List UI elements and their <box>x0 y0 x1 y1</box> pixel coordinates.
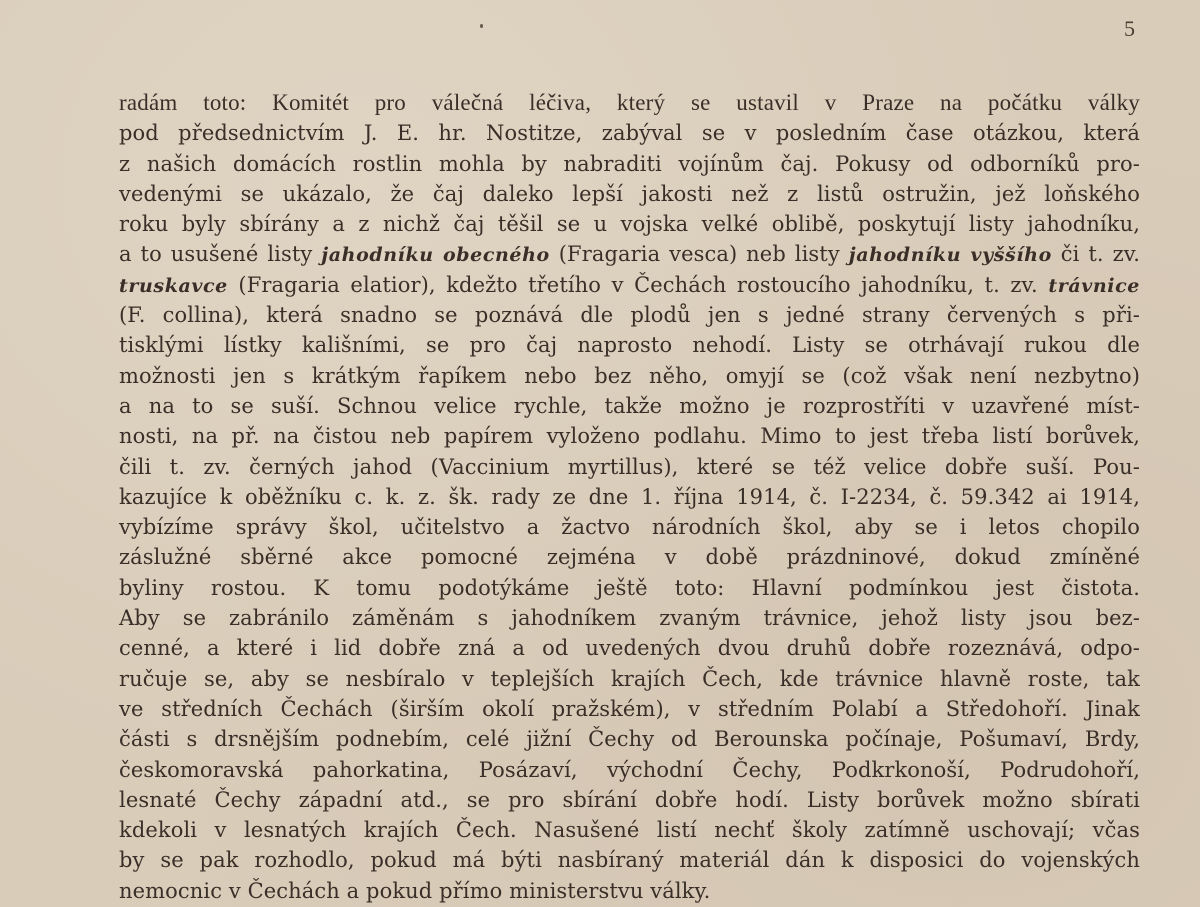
text-line-9: tisklými lístky kališními, se pro čaj na… <box>119 330 1140 360</box>
italic-term: truskavce <box>119 275 228 297</box>
text-span: (Fragaria vesca) neb listy <box>550 242 849 266</box>
text-line-18: Aby se zabránilo záměnám s jahodníkem zv… <box>119 603 1140 633</box>
italic-term: jahodníku vyššího <box>849 244 1052 266</box>
text-line-2: pod předsednictvím J. E. hr. Nostitze, z… <box>119 118 1140 148</box>
text-line-24: lesnaté Čechy západní atd., se pro sbírá… <box>119 785 1140 815</box>
page-number: 5 <box>1124 16 1135 42</box>
text-line-20: ručuje se, aby se nesbíralo v teplejších… <box>119 664 1140 694</box>
italic-term: trávnice <box>1048 275 1140 297</box>
text-line-5: roku byly sbírány a z nichž čaj těšil se… <box>119 209 1140 239</box>
body-text: radám toto: Komitét pro válečná léčiva, … <box>119 88 1140 906</box>
text-line-16: záslužné sběrné akce pomocné zejména v d… <box>119 542 1140 572</box>
text-line-7: truskavce (Fragaria elatior), kdežto tře… <box>119 270 1140 300</box>
text-line-8: (F. collina), která snadno se poznává dl… <box>119 300 1140 330</box>
text-line-10: možnosti jen s krátkým řapíkem nebo bez … <box>119 361 1140 391</box>
text-span: či t. zv. <box>1052 242 1140 266</box>
text-line-25: kdekoli v lesnatých krajích Čech. Nasuše… <box>119 815 1140 845</box>
text-line-21: ve středních Čechách (širším okolí pražs… <box>119 694 1140 724</box>
text-line-22: části s drsnějším podnebím, celé jižní Č… <box>119 724 1140 754</box>
italic-term: jahodníku obecného <box>321 244 550 266</box>
text-line-26: by se pak rozhodlo, pokud má býti nasbír… <box>119 845 1140 875</box>
text-line-11: a na to se suší. Schnou velice rychle, t… <box>119 391 1140 421</box>
text-line-14: kazujíce k oběžníku c. k. z. šk. rady ze… <box>119 482 1140 512</box>
text-line-6: a to usušené listy jahodníku obecného (F… <box>119 239 1140 269</box>
text-line-17: byliny rostou. K tomu podotýkáme ještě t… <box>119 573 1140 603</box>
text-line-4: vedenými se ukázalo, že čaj daleko lepší… <box>119 179 1140 209</box>
text-line-3: z našich domácích rostlin mohla by nabra… <box>119 149 1140 179</box>
document-page: 5 radám toto: Komitét pro válečná léčiva… <box>0 0 1200 907</box>
text-line-27: nemocnic v Čechách a pokud přímo ministe… <box>119 876 1140 906</box>
text-line-12: nosti, na př. na čistou neb papírem vylo… <box>119 421 1140 451</box>
text-line-23: českomoravská pahorkatina, Posázaví, výc… <box>119 755 1140 785</box>
text-line-15: vybízíme správy škol, učitelstvo a žactv… <box>119 512 1140 542</box>
text-span: (Fragaria elatior), kdežto třetího v Čec… <box>228 273 1048 297</box>
print-speck <box>480 24 483 28</box>
text-span: a to usušené listy <box>119 242 321 266</box>
text-line-1: radám toto: Komitét pro válečná léčiva, … <box>119 88 1140 118</box>
text-line-19: cenné, a které i lid dobře zná a od uved… <box>119 633 1140 663</box>
text-line-13: čili t. zv. černých jahod (Vaccinium myr… <box>119 452 1140 482</box>
